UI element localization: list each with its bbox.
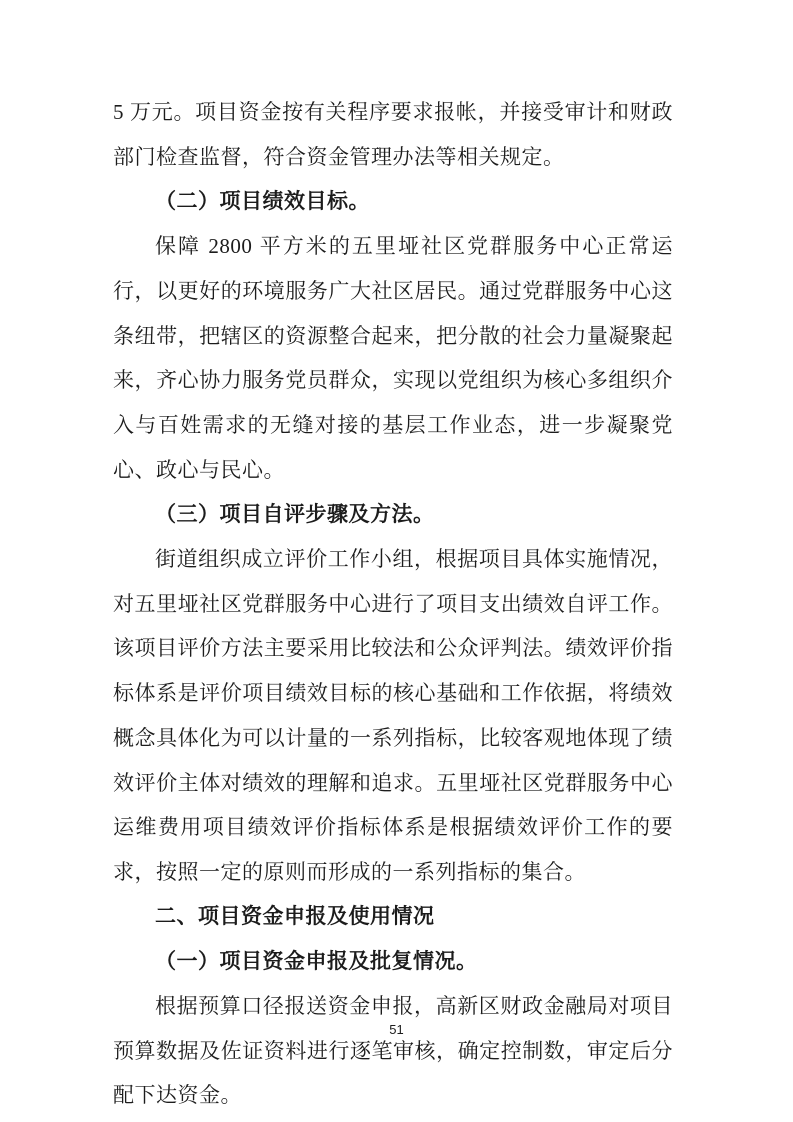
page-number: 51 — [0, 1022, 793, 1037]
paragraph-fund-application-body: 根据预算口径报送资金申报，高新区财政金融局对项目预算数据及佐证资料进行逐笔审核，… — [113, 984, 673, 1118]
paragraph-self-evaluation-body: 街道组织成立评价工作小组，根据项目具体实施情况，对五里垭社区党群服务中心进行了项… — [113, 537, 673, 895]
paragraph-performance-goal-body: 保障 2800 平方米的五里垭社区党群服务中心正常运行，以更好的环境服务广大社区… — [113, 224, 673, 492]
heading-self-evaluation-method: （三）项目自评步骤及方法。 — [113, 492, 673, 537]
paragraph-fund-regulation-continued: 5 万元。项目资金按有关程序要求报帐，并接受审计和财政部门检查监督，符合资金管理… — [113, 90, 673, 179]
heading-project-performance-goal: （二）项目绩效目标。 — [113, 179, 673, 224]
document-body: 5 万元。项目资金按有关程序要求报帐，并接受审计和财政部门检查监督，符合资金管理… — [113, 90, 673, 1118]
heading-fund-application-usage-section: 二、项目资金申报及使用情况 — [113, 895, 673, 940]
document-page: 5 万元。项目资金按有关程序要求报帐，并接受审计和财政部门检查监督，符合资金管理… — [0, 0, 793, 1122]
heading-fund-application-approval: （一）项目资金申报及批复情况。 — [113, 939, 673, 984]
